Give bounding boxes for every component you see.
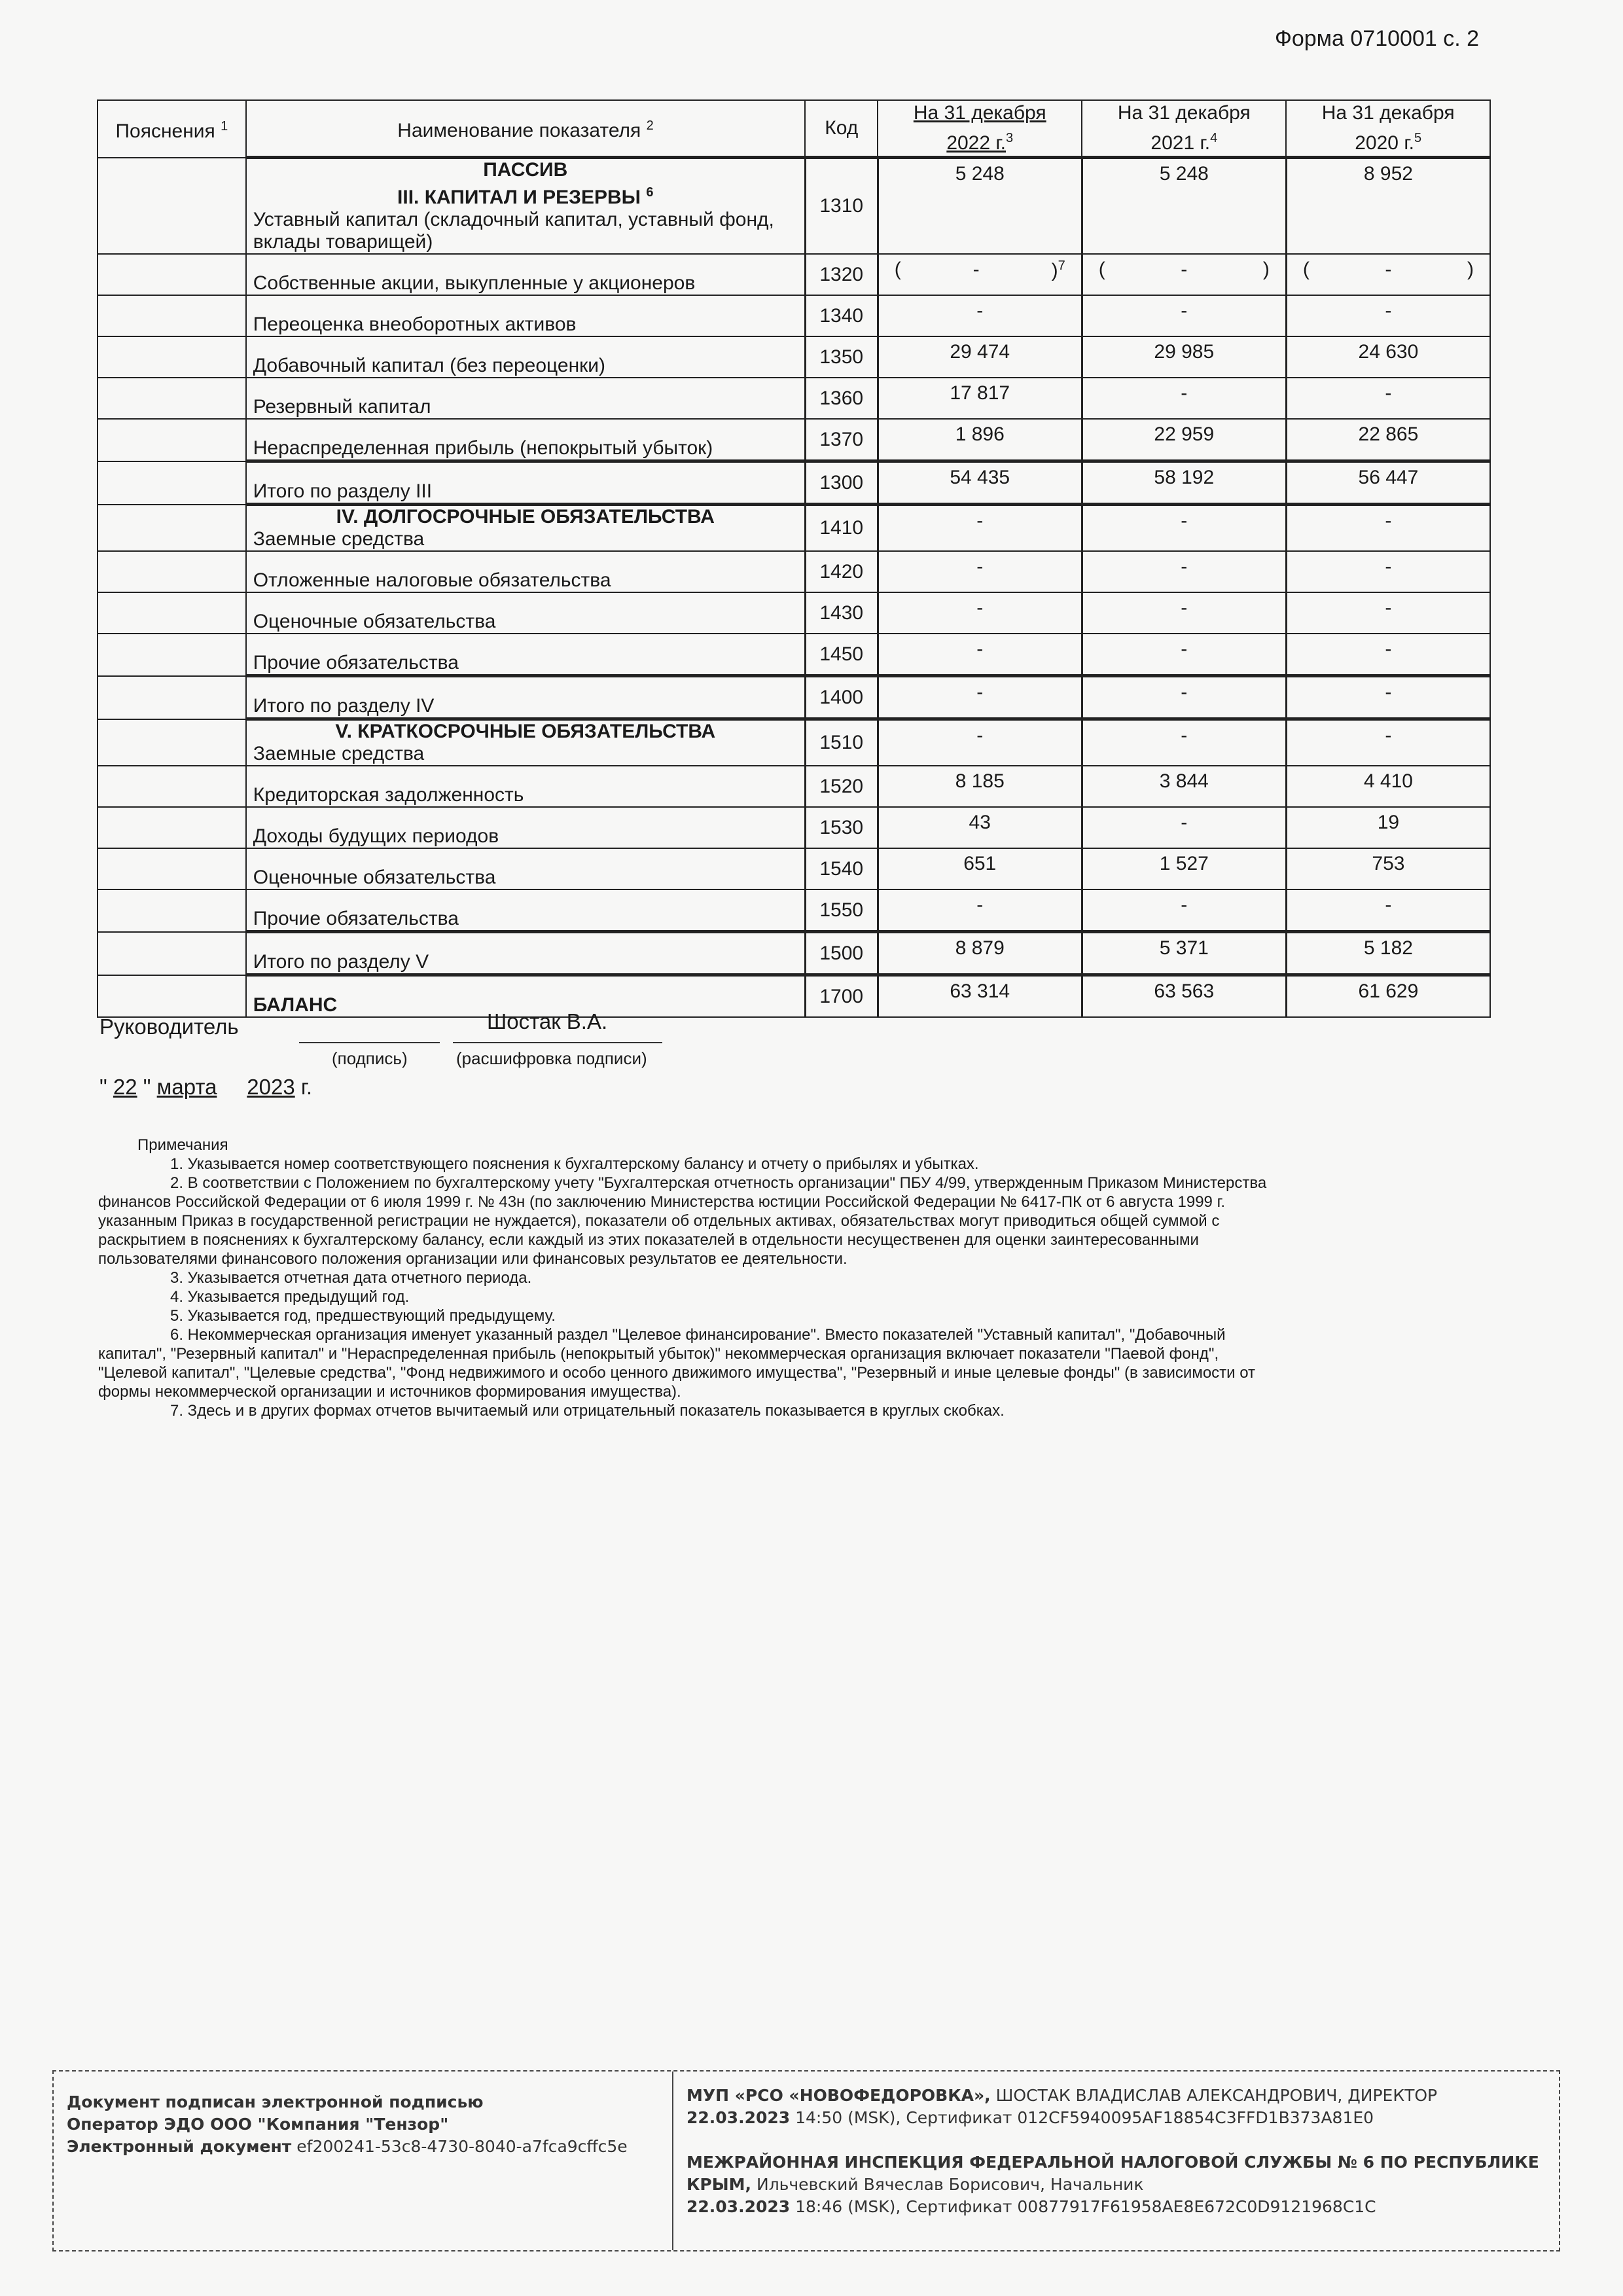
cell-v2021: - xyxy=(1082,634,1286,676)
cell-v2020: - xyxy=(1286,889,1490,932)
table-row: Итого по разделу III130054 43558 19256 4… xyxy=(98,461,1490,505)
sign-date: " 22 " марта 2023 г. xyxy=(99,1075,312,1100)
header-name: Наименование показателя 2 xyxy=(246,100,806,158)
row-code: 1310 xyxy=(805,158,878,255)
row-name: Заемные средства xyxy=(253,528,425,550)
cell-v2021: 5 248 xyxy=(1082,158,1286,255)
table-row: Собственные акции, выкупленные у акционе… xyxy=(98,254,1490,295)
cell-v2020: - xyxy=(1286,676,1490,719)
row-name: Собственные акции, выкупленные у акционе… xyxy=(253,272,696,294)
cell-v2020: - xyxy=(1286,719,1490,766)
row-name: Заемные средства xyxy=(253,743,425,764)
row-notes xyxy=(98,592,246,634)
header-col-2021: На 31 декабря2021 г.4 xyxy=(1082,100,1286,158)
row-notes xyxy=(98,419,246,461)
row-name: Нераспределенная прибыль (непокрытый убы… xyxy=(253,437,713,459)
cell-v2020: (-) xyxy=(1286,254,1490,295)
footnote-item: 5. Указывается год, предшествующий преды… xyxy=(98,1306,1283,1325)
row-code: 1530 xyxy=(805,807,878,848)
row-notes xyxy=(98,889,246,932)
row-notes xyxy=(98,676,246,719)
cell-v2020: - xyxy=(1286,592,1490,634)
row-code: 1360 xyxy=(805,378,878,419)
cell-v2020: - xyxy=(1286,634,1490,676)
cell-v2022: - xyxy=(878,295,1082,336)
cell-v2021: - xyxy=(1082,889,1286,932)
row-notes xyxy=(98,336,246,378)
table-row: БАЛАНС170063 31463 56361 629 xyxy=(98,975,1490,1018)
header-code: Код xyxy=(805,100,878,158)
footnote-item: 3. Указывается отчетная дата отчетного п… xyxy=(98,1268,1283,1287)
row-name: Итого по разделу IV xyxy=(253,695,435,717)
cell-v2020: - xyxy=(1286,505,1490,552)
cell-v2021: - xyxy=(1082,719,1286,766)
cell-v2021: 3 844 xyxy=(1082,766,1286,807)
footnotes: Примечания 1. Указывается номер соответс… xyxy=(98,1136,1283,1420)
signature-caption: (подпись) xyxy=(332,1049,408,1069)
cell-v2022: 8 879 xyxy=(878,932,1082,975)
row-name: Итого по разделу V xyxy=(253,951,429,973)
cell-v2021: - xyxy=(1082,592,1286,634)
row-notes xyxy=(98,975,246,1018)
row-code: 1300 xyxy=(805,461,878,505)
row-notes xyxy=(98,461,246,505)
row-notes xyxy=(98,848,246,889)
cell-v2022: - xyxy=(878,634,1082,676)
table-row: Прочие обязательства1450--- xyxy=(98,634,1490,676)
row-notes xyxy=(98,254,246,295)
cell-v2022: - xyxy=(878,592,1082,634)
row-code: 1510 xyxy=(805,719,878,766)
table-row: Отложенные налоговые обязательства1420--… xyxy=(98,551,1490,592)
row-name: Кредиторская задолженность xyxy=(253,784,524,806)
row-notes xyxy=(98,634,246,676)
cell-v2022: 651 xyxy=(878,848,1082,889)
row-code: 1450 xyxy=(805,634,878,676)
header-col-2020: На 31 декабря2020 г.5 xyxy=(1286,100,1490,158)
cell-v2020: 24 630 xyxy=(1286,336,1490,378)
cell-v2022: - xyxy=(878,676,1082,719)
cell-v2022: 5 248 xyxy=(878,158,1082,255)
row-notes xyxy=(98,158,246,255)
row-code: 1340 xyxy=(805,295,878,336)
signer-name: Шостак В.А. xyxy=(487,1009,607,1034)
row-name: Оценочные обязательства xyxy=(253,611,496,632)
row-name: Итого по разделу III xyxy=(253,480,432,502)
electronic-signature-stamp: Документ подписан электронной подписью О… xyxy=(52,2070,1560,2251)
table-row: Резервный капитал136017 817-- xyxy=(98,378,1490,419)
table-row: Добавочный капитал (без переоценки)13502… xyxy=(98,336,1490,378)
row-code: 1320 xyxy=(805,254,878,295)
footnote-item: 2. В соответствии с Положением по бухгал… xyxy=(98,1174,1283,1268)
cell-v2022: 43 xyxy=(878,807,1082,848)
row-notes xyxy=(98,551,246,592)
row-notes xyxy=(98,807,246,848)
decode-caption: (расшифровка подписи) xyxy=(456,1049,647,1069)
esign-operator: Документ подписан электронной подписью О… xyxy=(54,2072,673,2250)
table-row: Итого по разделу V15008 8795 3715 182 xyxy=(98,932,1490,975)
row-code: 1350 xyxy=(805,336,878,378)
table-row: Нераспределенная прибыль (непокрытый убы… xyxy=(98,419,1490,461)
cell-v2021: - xyxy=(1082,676,1286,719)
table-row: Кредиторская задолженность15208 1853 844… xyxy=(98,766,1490,807)
cell-v2021: 29 985 xyxy=(1082,336,1286,378)
balance-table: Пояснения 1 Наименование показателя 2 Ко… xyxy=(97,99,1491,1018)
row-code: 1370 xyxy=(805,419,878,461)
footnote-item: 1. Указывается номер соответствующего по… xyxy=(98,1155,1283,1174)
cell-v2021: - xyxy=(1082,807,1286,848)
cell-v2020: 22 865 xyxy=(1286,419,1490,461)
row-name: Отложенные налоговые обязательства xyxy=(253,569,611,591)
cell-v2022: 54 435 xyxy=(878,461,1082,505)
cell-v2021: - xyxy=(1082,505,1286,552)
row-name: Переоценка внеоборотных активов xyxy=(253,314,577,335)
cell-v2020: 753 xyxy=(1286,848,1490,889)
cell-v2021: (-) xyxy=(1082,254,1286,295)
cell-v2021: 5 371 xyxy=(1082,932,1286,975)
cell-v2022: 1 896 xyxy=(878,419,1082,461)
cell-v2020: 8 952 xyxy=(1286,158,1490,255)
cell-v2021: 1 527 xyxy=(1082,848,1286,889)
footnote-item: 4. Указывается предыдущий год. xyxy=(98,1287,1283,1306)
row-notes xyxy=(98,719,246,766)
cell-v2020: 61 629 xyxy=(1286,975,1490,1018)
header-notes: Пояснения 1 xyxy=(98,100,246,158)
table-row: Оценочные обязательства15406511 527753 xyxy=(98,848,1490,889)
document-id: ef200241-53c8-4730-8040-a7fca9cffc5e xyxy=(296,2137,627,2156)
footnote-item: 6. Некоммерческая организация именует ук… xyxy=(98,1325,1283,1401)
row-code: 1410 xyxy=(805,505,878,552)
row-notes xyxy=(98,378,246,419)
row-name: Прочие обязательства xyxy=(253,908,459,929)
cell-v2022: 17 817 xyxy=(878,378,1082,419)
cell-v2020: 4 410 xyxy=(1286,766,1490,807)
cell-v2021: 58 192 xyxy=(1082,461,1286,505)
cell-v2020: - xyxy=(1286,551,1490,592)
cell-v2022: - xyxy=(878,505,1082,552)
table-row: IV. ДОЛГОСРОЧНЫЕ ОБЯЗАТЕЛЬСТВАЗаемные ср… xyxy=(98,505,1490,552)
cell-v2021: - xyxy=(1082,551,1286,592)
cell-v2021: 63 563 xyxy=(1082,975,1286,1018)
row-name: Уставный капитал (складочный капитал, ус… xyxy=(253,209,774,253)
table-row: Прочие обязательства1550--- xyxy=(98,889,1490,932)
footnote-item: 7. Здесь и в других формах отчетов вычит… xyxy=(98,1401,1283,1420)
row-name: Прочие обязательства xyxy=(253,652,459,673)
cell-v2022: 8 185 xyxy=(878,766,1082,807)
cell-v2022: - xyxy=(878,551,1082,592)
row-notes xyxy=(98,932,246,975)
cell-v2020: 19 xyxy=(1286,807,1490,848)
form-code: Форма 0710001 с. 2 xyxy=(1275,26,1479,52)
table-row: V. КРАТКОСРОЧНЫЕ ОБЯЗАТЕЛЬСТВАЗаемные ср… xyxy=(98,719,1490,766)
table-row: ПАССИВIII. КАПИТАЛ И РЕЗЕРВЫ 6Уставный к… xyxy=(98,158,1490,255)
row-name: Доходы будущих периодов xyxy=(253,825,499,847)
cell-v2020: - xyxy=(1286,295,1490,336)
cell-v2022: (-)7 xyxy=(878,254,1082,295)
row-notes xyxy=(98,766,246,807)
cell-v2022: 63 314 xyxy=(878,975,1082,1018)
cell-v2021: 22 959 xyxy=(1082,419,1286,461)
cell-v2020: - xyxy=(1286,378,1490,419)
row-code: 1540 xyxy=(805,848,878,889)
row-name: Добавочный капитал (без переоценки) xyxy=(253,355,605,376)
signer-2: МЕЖРАЙОННАЯ ИНСПЕКЦИЯ ФЕДЕРАЛЬНОЙ НАЛОГО… xyxy=(687,2151,1546,2196)
row-code: 1500 xyxy=(805,932,878,975)
cell-v2020: 56 447 xyxy=(1286,461,1490,505)
row-name: БАЛАНС xyxy=(253,994,338,1016)
cell-v2022: 29 474 xyxy=(878,336,1082,378)
esign-signers: МУП «РСО «НОВОФЕДОРОВКА», ШОСТАК ВЛАДИСЛ… xyxy=(673,2072,1559,2250)
footnotes-title: Примечания xyxy=(98,1136,1283,1155)
row-code: 1430 xyxy=(805,592,878,634)
row-name: Резервный капитал xyxy=(253,396,431,418)
table-row: Итого по разделу IV1400--- xyxy=(98,676,1490,719)
table-header: Пояснения 1 Наименование показателя 2 Ко… xyxy=(98,100,1490,158)
table-row: Доходы будущих периодов153043-19 xyxy=(98,807,1490,848)
row-code: 1400 xyxy=(805,676,878,719)
signer-role: Руководитель xyxy=(99,1014,239,1039)
table-row: Оценочные обязательства1430--- xyxy=(98,592,1490,634)
signature-decode-line xyxy=(453,1042,662,1043)
cell-v2022: - xyxy=(878,719,1082,766)
row-notes xyxy=(98,295,246,336)
cell-v2021: - xyxy=(1082,295,1286,336)
cell-v2020: 5 182 xyxy=(1286,932,1490,975)
header-col-2022: На 31 декабря2022 г.3 xyxy=(878,100,1082,158)
cell-v2021: - xyxy=(1082,378,1286,419)
cell-v2022: - xyxy=(878,889,1082,932)
table-row: Переоценка внеоборотных активов1340--- xyxy=(98,295,1490,336)
row-code: 1520 xyxy=(805,766,878,807)
row-code: 1420 xyxy=(805,551,878,592)
row-notes xyxy=(98,505,246,552)
row-code: 1550 xyxy=(805,889,878,932)
row-name: Оценочные обязательства xyxy=(253,867,496,888)
row-code: 1700 xyxy=(805,975,878,1018)
signer-1: МУП «РСО «НОВОФЕДОРОВКА», ШОСТАК ВЛАДИСЛ… xyxy=(687,2085,1546,2107)
signature-line xyxy=(299,1042,440,1043)
